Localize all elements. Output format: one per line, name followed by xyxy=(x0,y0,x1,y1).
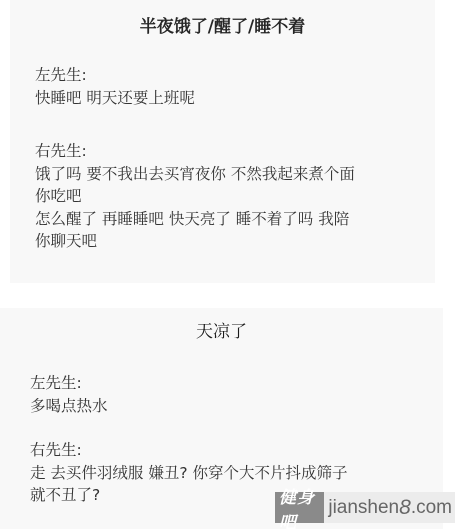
domain-prefix: jianshen xyxy=(328,497,399,519)
speech-line: 饿了吗 要不我出去买宵夜你 不然我起来煮个面 xyxy=(35,163,355,186)
speaker-label: 右先生: xyxy=(30,439,348,462)
speech-line: 你聊天吧 xyxy=(35,230,355,253)
speech-line: 多喝点热水 xyxy=(30,395,108,418)
panel-title: 天凉了 xyxy=(0,317,443,342)
panel-title: 半夜饿了/醒了/睡不着 xyxy=(10,12,435,37)
left-speaker-block: 左先生: 快睡吧 明天还要上班呢 xyxy=(35,64,195,109)
watermark-logo: 健身吧 xyxy=(275,492,324,523)
speech-line: 你吃吧 xyxy=(35,185,355,208)
speaker-label: 左先生: xyxy=(35,64,195,87)
domain-digit: 8 xyxy=(399,496,411,520)
watermark-domain: jianshen8.com xyxy=(324,492,455,523)
speech-line: 走 去买件羽绒服 嫌丑? 你穿个大不片抖成筛子 xyxy=(30,462,348,485)
speech-line: 快睡吧 明天还要上班呢 xyxy=(35,87,195,110)
domain-suffix: .com xyxy=(411,497,452,519)
speaker-label: 左先生: xyxy=(30,372,108,395)
left-speaker-block: 左先生: 多喝点热水 xyxy=(30,372,108,417)
site-watermark: 健身吧 jianshen8.com xyxy=(275,492,455,523)
comparison-panel-night: 半夜饿了/醒了/睡不着 左先生: 快睡吧 明天还要上班呢 右先生: 饿了吗 要不… xyxy=(10,0,435,283)
speaker-label: 右先生: xyxy=(35,140,355,163)
right-speaker-block: 右先生: 饿了吗 要不我出去买宵夜你 不然我起来煮个面 你吃吧 怎么醒了 再睡睡… xyxy=(35,140,355,253)
speech-line: 怎么醒了 再睡睡吧 快天亮了 睡不着了吗 我陪 xyxy=(35,208,355,231)
